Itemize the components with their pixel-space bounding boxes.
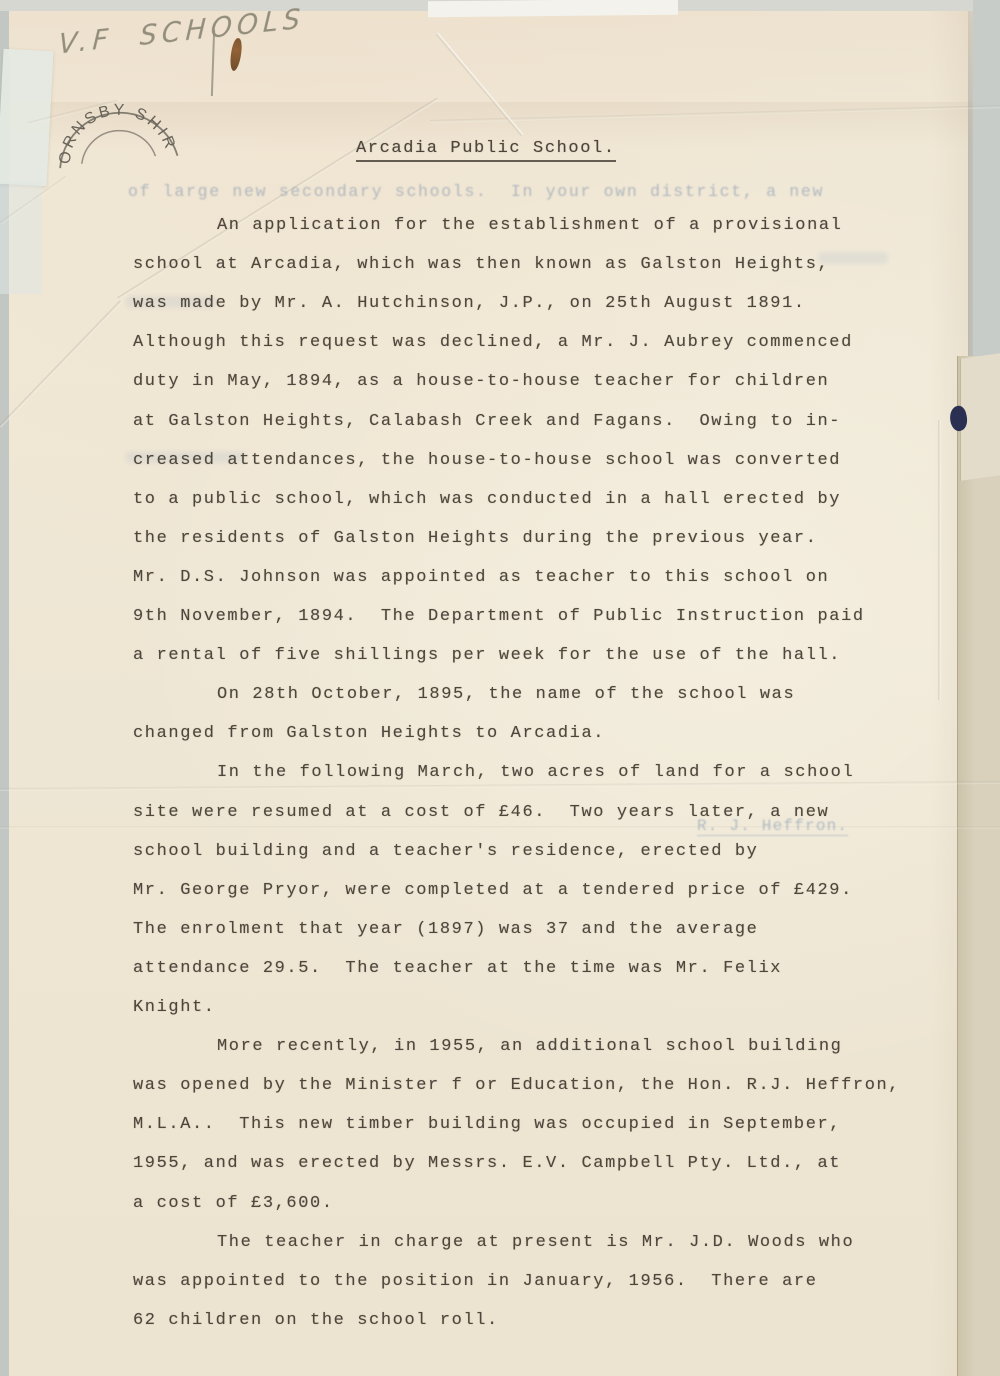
- typed-line: school at Arcadia, which was then known …: [133, 255, 829, 274]
- typed-line: The enrolment that year (1897) was 37 an…: [133, 920, 759, 939]
- typed-line: was opened by the Minister f or Educatio…: [133, 1076, 900, 1095]
- typed-line: M.L.A.. This new timber building was occ…: [133, 1115, 841, 1134]
- typed-line: a cost of £3,600.: [133, 1194, 334, 1213]
- typed-line: 62 children on the school roll.: [133, 1311, 499, 1330]
- typed-line: to a public school, which was conducted …: [133, 490, 841, 509]
- hornsby-shire-stamp: ORNSBY SHIR: [30, 42, 203, 190]
- typed-line: site were resumed at a cost of £46. Two …: [133, 803, 829, 822]
- typed-line: In the following March, two acres of lan…: [217, 763, 854, 782]
- typed-line: changed from Galston Heights to Arcadia.: [133, 724, 605, 743]
- typed-line: The teacher in charge at present is Mr. …: [217, 1233, 854, 1252]
- typed-line: duty in May, 1894, as a house-to-house t…: [133, 372, 829, 391]
- typed-line: 9th November, 1894. The Department of Pu…: [133, 607, 865, 626]
- typed-line: attendance 29.5. The teacher at the time…: [133, 959, 782, 978]
- svg-text:SHIR: SHIR: [131, 101, 180, 156]
- stamp-text-right: SHIR: [131, 101, 180, 156]
- typed-line: Mr. George Pryor, were completed at a te…: [133, 881, 853, 900]
- typed-line: was appointed to the position in January…: [133, 1272, 818, 1291]
- typed-line: Although this request was declined, a Mr…: [133, 333, 853, 352]
- document-title: Arcadia Public School.: [356, 139, 616, 162]
- typed-line: An application for the establishment of …: [217, 216, 843, 235]
- typed-line: at Galston Heights, Calabash Creek and F…: [133, 412, 841, 431]
- stamp-text-left: ORNSBY: [51, 100, 134, 166]
- typed-line: More recently, in 1955, an additional sc…: [217, 1037, 843, 1056]
- stamp-inner-arc: [79, 127, 156, 164]
- typed-line: creased attendances, the house-to-house …: [133, 451, 841, 470]
- fold-crease: [0, 826, 1000, 829]
- under-sheet-edge: [957, 356, 1000, 1376]
- typed-line: Knight.: [133, 998, 216, 1017]
- typed-line: school building and a teacher's residenc…: [133, 842, 759, 861]
- typed-line: a rental of five shillings per week for …: [133, 646, 841, 665]
- torn-paper-sliver: [428, 0, 678, 17]
- bleedthrough-line: of large new secondary schools. In your …: [128, 182, 824, 201]
- svg-text:ORNSBY: ORNSBY: [51, 100, 134, 166]
- scan-edge-right: [973, 0, 1000, 362]
- typed-line: On 28th October, 1895, the name of the s…: [217, 685, 795, 704]
- typed-line: the residents of Galston Heights during …: [133, 529, 818, 548]
- typed-line: Mr. D.S. Johnson was appointed as teache…: [133, 568, 829, 587]
- typed-line: 1955, and was erected by Messrs. E.V. Ca…: [133, 1154, 841, 1173]
- fold-crease: [938, 420, 941, 700]
- typed-line: was made by Mr. A. Hutchinson, J.P., on …: [133, 294, 806, 313]
- scanned-document: ORNSBY SHIR V.F SCHOOLS Arcadia Public S…: [0, 0, 1000, 1376]
